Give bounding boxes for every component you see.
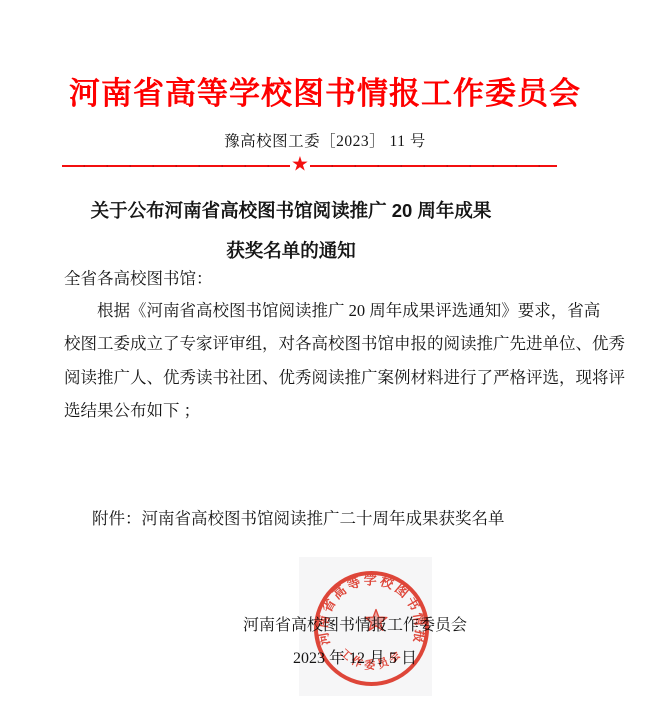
- paragraph-line: 根据《河南省高校图书馆阅读推广 20 周年成果评选通知》要求，省高: [64, 294, 588, 327]
- red-divider-line: ★: [62, 155, 557, 177]
- divider-left-segment: [62, 165, 290, 168]
- document-number: 豫高校图工委［2023］ 11 号: [0, 129, 650, 151]
- attachment-line: 附件：河南省高校图书馆阅读推广二十周年成果获奖名单: [64, 505, 505, 529]
- body-paragraph: 根据《河南省高校图书馆阅读推广 20 周年成果评选通知》要求，省高 校图工委成立…: [64, 294, 588, 428]
- salutation: 全省各高校图书馆：: [64, 265, 213, 289]
- official-red-seal: 河南省高等学校图书情报 工作委员会: [312, 569, 431, 688]
- notice-title-line2: 获奖名单的通知: [0, 237, 582, 263]
- paragraph-line: 选结果公布如下 ；: [64, 394, 588, 427]
- notice-title-line1: 关于公布河南省高校图书馆阅读推广 20 周年成果: [0, 197, 582, 223]
- paragraph-line: 阅读推广人、优秀读书社团、优秀阅读推广案例材料进行了严格评选，现将评: [64, 361, 588, 394]
- seal-ring-text: 河南省高等学校图书情报: [315, 573, 428, 647]
- seal-star-icon: [365, 610, 387, 631]
- issuing-org-title: 河南省高等学校图书情报工作委员会: [0, 68, 650, 113]
- divider-right-segment: [310, 165, 557, 168]
- paragraph-line: 校图工委成立了专家评审组，对各高校图书馆申报的阅读推广先进单位、优秀: [64, 327, 588, 360]
- star-icon: ★: [291, 155, 309, 175]
- official-document-page: 河南省高等学校图书情报工作委员会 豫高校图工委［2023］ 11 号 ★ 关于公…: [0, 0, 650, 715]
- seal-bottom-text: 工作委员会: [337, 645, 405, 671]
